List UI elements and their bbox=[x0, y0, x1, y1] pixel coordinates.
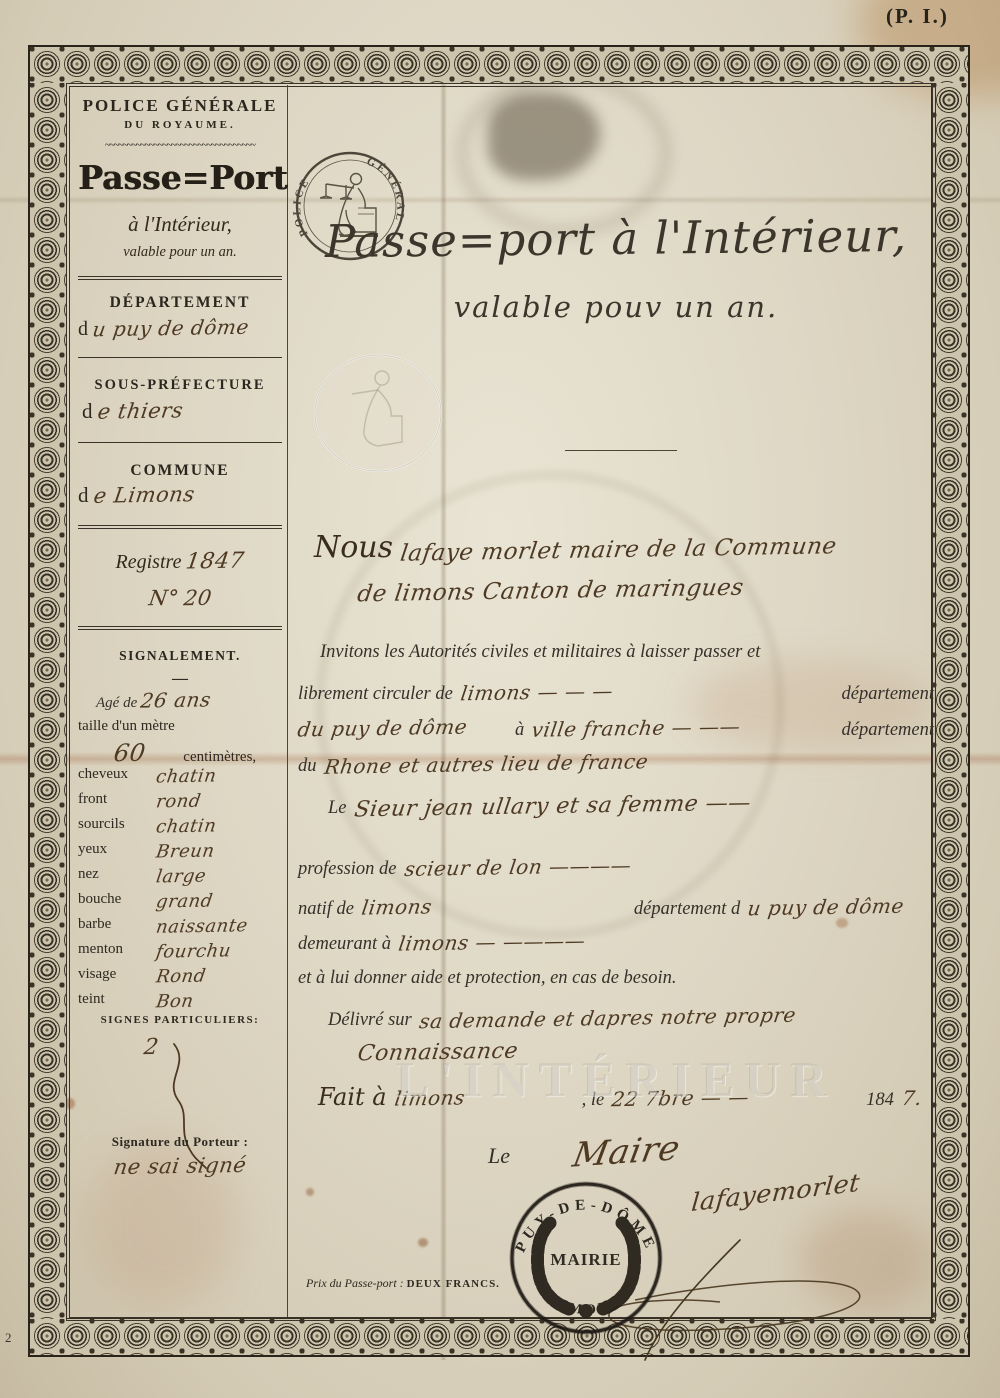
printed-invitons: Invitons les Autorités civiles et milita… bbox=[320, 642, 760, 663]
section-rule bbox=[78, 276, 282, 280]
registre-year: 1847 bbox=[185, 548, 247, 574]
trait-label: visage bbox=[78, 966, 156, 991]
trait-value: grand bbox=[154, 891, 214, 917]
small-dash: — bbox=[78, 670, 282, 688]
signalement-row: bouchegrand bbox=[78, 891, 282, 916]
printed-le: Le bbox=[328, 798, 347, 819]
signalement-row: nezlarge bbox=[78, 866, 282, 891]
printed-nous: Nous bbox=[314, 530, 393, 565]
handwritten-bearer-name: Sieur jean ullary et sa femme —— bbox=[352, 791, 752, 823]
trait-label: front bbox=[78, 791, 156, 816]
trait-label: sourcils bbox=[78, 816, 156, 841]
border-ornament-top bbox=[30, 47, 968, 84]
trait-label: nez bbox=[78, 866, 156, 891]
border-ornament-right bbox=[931, 83, 968, 1319]
page-number: 2 bbox=[5, 1330, 12, 1346]
embossed-watermark-text: L'INTÉRIEUR bbox=[298, 1050, 934, 1108]
handwritten-birth-departement: u puy de dôme bbox=[746, 894, 906, 921]
handwritten-mayor-name: lafaye morlet maire de la Commune bbox=[399, 533, 839, 567]
handwritten-commune-canton: de limons Canton de maringues bbox=[356, 575, 746, 608]
handwritten-note: ne sai signé bbox=[112, 1153, 248, 1179]
printed-prefix: d bbox=[82, 399, 93, 423]
embossed-seal bbox=[308, 350, 448, 476]
signalement-header: SIGNALEMENT. bbox=[78, 648, 282, 664]
trait-value: naissante bbox=[154, 915, 249, 942]
body-line: Le Sieur jean ullary et sa femme —— bbox=[298, 794, 934, 819]
handwritten-residence: limons — ———— bbox=[397, 928, 587, 955]
trait-value: chatin bbox=[154, 765, 218, 791]
body-line: du puy de dôme à ville franche — —— dépa… bbox=[298, 716, 934, 741]
du-royaume-header: DU ROYAUME. bbox=[78, 119, 282, 131]
printed-delivre: Délivré sur bbox=[328, 1010, 412, 1031]
signalement-row: visageRond bbox=[78, 966, 282, 991]
registre-label: Registre bbox=[116, 551, 182, 573]
numero-label: N° bbox=[147, 586, 180, 611]
interieur-subtitle: à l'Intérieur, bbox=[78, 212, 282, 237]
handwritten-birthplace: limons bbox=[360, 894, 434, 919]
signalement-row: teintBon bbox=[78, 991, 282, 1016]
pen-flourish bbox=[156, 1042, 216, 1172]
printed-demeurant: demeurant à bbox=[298, 934, 391, 955]
registre-number: 20 bbox=[182, 586, 213, 610]
handwritten-request: sa demande et dapres notre propre bbox=[418, 1003, 798, 1034]
signature-porteur-label: Signature du Porteur : bbox=[78, 1134, 282, 1150]
body-line: Nous lafaye morlet maire de la Commune bbox=[298, 530, 934, 565]
departement-value: d u puy de dôme bbox=[78, 316, 282, 341]
signalement-row: cheveuxchatin bbox=[78, 766, 282, 791]
main-column: POLICE GÉNÉRALE bbox=[298, 84, 934, 1320]
trait-label: yeux bbox=[78, 841, 156, 866]
trait-label: teint bbox=[78, 991, 156, 1016]
taille-label: taille d'un mètre bbox=[78, 718, 282, 735]
signalement-row: yeuxBreun bbox=[78, 841, 282, 866]
printed-natif: natif de bbox=[298, 899, 354, 920]
printed-du: du bbox=[298, 756, 317, 777]
printed-prefix: d bbox=[78, 483, 89, 507]
trait-label: barbe bbox=[78, 916, 156, 941]
handwritten-maire: Maire bbox=[570, 1128, 684, 1175]
handwritten-departement-origin: du puy de dôme bbox=[296, 715, 469, 742]
trait-value: Rond bbox=[154, 966, 207, 992]
trait-label: cheveux bbox=[78, 766, 156, 791]
body-line: Invitons les Autorités civiles et milita… bbox=[298, 642, 934, 663]
handwritten-destination: ville franche — —— bbox=[530, 714, 742, 742]
decorative-rule: ~~~~~~~~~~~~~~~~~~~~~~~~~~~~~~~~~~ bbox=[78, 140, 282, 151]
section-rule bbox=[78, 626, 282, 630]
printed-departement: département d bbox=[634, 899, 740, 920]
trait-value: Breun bbox=[154, 840, 216, 866]
signalement-row: sourcilschatin bbox=[78, 816, 282, 841]
trait-value: Bon bbox=[154, 991, 195, 1017]
police-generale-header: POLICE GÉNÉRALE bbox=[78, 96, 282, 116]
handwritten-departement-destination: Rhone et autres lieu de france bbox=[322, 749, 649, 779]
handwritten-commune: e Limons bbox=[92, 482, 196, 508]
printed-protection: et à lui donner aide et protection, en c… bbox=[298, 968, 676, 989]
printed-a: à bbox=[515, 720, 524, 741]
printed-prefix: d bbox=[78, 318, 88, 340]
trait-value: fourchu bbox=[154, 940, 232, 966]
section-rule bbox=[78, 442, 282, 443]
trait-value: rond bbox=[154, 791, 202, 817]
body-line: du Rhone et autres lieu de france bbox=[298, 752, 934, 777]
section-rule bbox=[78, 525, 282, 529]
body-line: profession de scieur de lon ———— bbox=[298, 855, 934, 880]
stamp-text-center: MAIRIE bbox=[550, 1250, 621, 1269]
body-line: de limons Canton de maringues bbox=[298, 578, 934, 604]
body-line: Le Maire bbox=[298, 1132, 934, 1172]
departement-label: DÉPARTEMENT bbox=[78, 294, 282, 312]
signature-porteur-value: ne sai signé bbox=[78, 1154, 282, 1179]
taille-unit: centimètres, bbox=[183, 749, 256, 765]
printed-le-maire: Le bbox=[488, 1143, 510, 1169]
printed-departement: département bbox=[842, 684, 934, 705]
handwritten-profession: scieur de lon ———— bbox=[403, 853, 633, 881]
commune-label: COMMUNE bbox=[78, 462, 282, 480]
printed-text: librement circuler de bbox=[298, 684, 453, 705]
left-column: POLICE GÉNÉRALE DU ROYAUME. ~~~~~~~~~~~~… bbox=[78, 84, 282, 1320]
signalement-row: barbenaissante bbox=[78, 916, 282, 941]
trait-label: bouche bbox=[78, 891, 156, 916]
mayor-signature: lafayemorlet bbox=[690, 1168, 861, 1217]
commune-value: d e Limons bbox=[78, 483, 282, 508]
signalement-rows: cheveuxchatin frontrond sourcilschatin y… bbox=[78, 766, 282, 1016]
signalement-row: frontrond bbox=[78, 791, 282, 816]
taille-value: 60 bbox=[112, 739, 148, 768]
handwritten-departement: u puy de dôme bbox=[91, 315, 251, 342]
trait-value: chatin bbox=[154, 815, 218, 841]
valable-subtitle: valable pour un an. bbox=[78, 244, 282, 261]
section-rule bbox=[78, 357, 282, 358]
age-label: Agé de bbox=[96, 695, 137, 711]
body-line: et à lui donner aide et protection, en c… bbox=[298, 968, 934, 989]
short-rule bbox=[565, 450, 677, 451]
body-line: librement circuler de limons — — — dépar… bbox=[298, 680, 934, 705]
age-line: Agé de 26 ans bbox=[78, 688, 300, 712]
body-line: demeurant à limons — ———— bbox=[298, 930, 934, 955]
mairie-stamp: PUY-DE-DÔME LIMONS MAIRIE bbox=[507, 1178, 665, 1338]
price-value: DEUX FRANCS. bbox=[407, 1278, 500, 1290]
printed-profession: profession de bbox=[298, 859, 397, 880]
handwritten-sous-prefecture: e thiers bbox=[96, 398, 185, 423]
corner-mark: (P. I.) bbox=[886, 4, 949, 29]
printed-departement: département bbox=[842, 720, 934, 741]
taille-line: 60 centimètres, bbox=[78, 739, 282, 767]
age-value: 26 ans bbox=[139, 687, 212, 712]
trait-value: large bbox=[154, 866, 207, 892]
signes-particuliers-label: SIGNES PARTICULIERS: bbox=[78, 1014, 282, 1026]
passport-document: (P. I.) 2 POLICE GÉNÉRALE DU ROYAUME. ~~… bbox=[0, 0, 1000, 1398]
passeport-blackletter-title: Passe=Port bbox=[78, 158, 282, 197]
sous-prefecture-value: d e thiers bbox=[78, 399, 286, 424]
signalement-row: mentonfourchu bbox=[78, 941, 282, 966]
border-ornament-left bbox=[30, 83, 67, 1319]
body-line: natif de limons département d u puy de d… bbox=[298, 895, 934, 920]
trait-label: menton bbox=[78, 941, 156, 966]
registre-line: Registre 1847 bbox=[78, 549, 282, 574]
sous-prefecture-label: SOUS-PRÉFECTURE bbox=[78, 377, 282, 394]
registre-number-line: N° 20 bbox=[78, 586, 282, 611]
price-label: Prix du Passe-port : bbox=[306, 1276, 404, 1290]
document-subtitle: valable pouv un an. bbox=[298, 290, 934, 324]
document-title: Passe=port à l'Intérieur, bbox=[298, 209, 935, 269]
handwritten-origin: limons — — — bbox=[459, 679, 615, 706]
body-line: Délivré sur sa demande et dapres notre p… bbox=[298, 1006, 934, 1031]
